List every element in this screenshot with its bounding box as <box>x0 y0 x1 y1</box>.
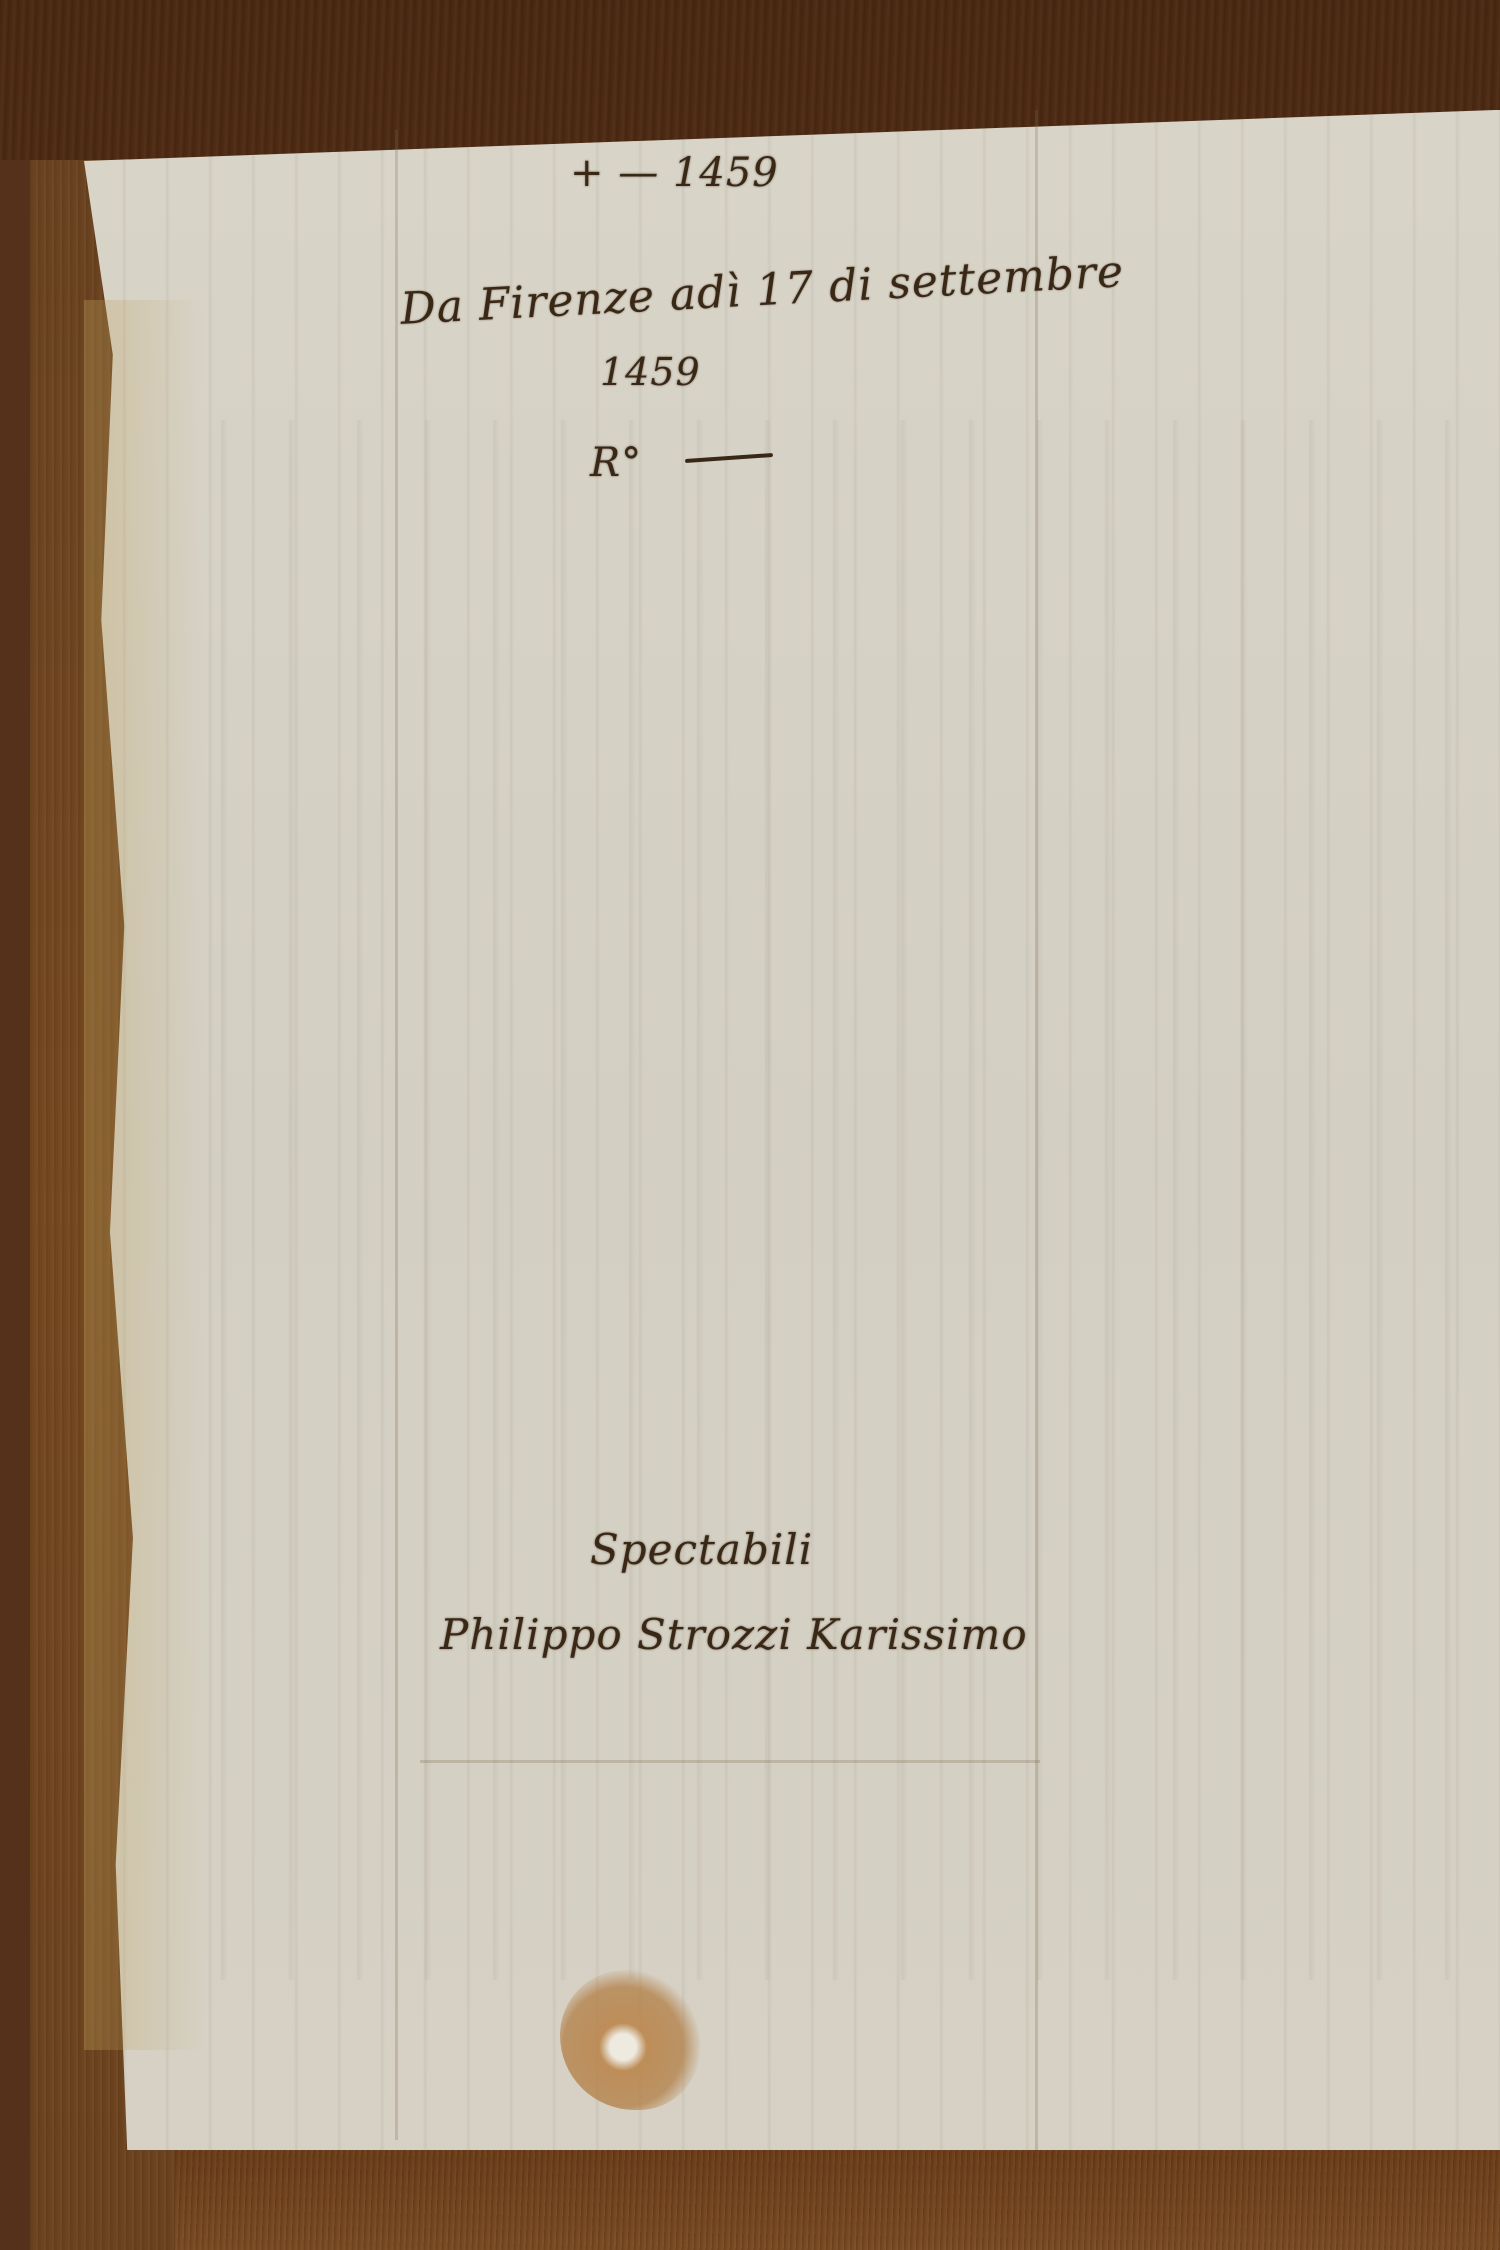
fold-crease <box>395 130 398 2140</box>
fold-crease <box>1035 110 1038 2150</box>
endorsement-line-2: Philippo Strozzi Karissimo <box>440 1610 1028 1659</box>
bleed-through-text <box>160 420 1490 1980</box>
year-annotation: + — 1459 <box>570 150 779 196</box>
address-line-2: 1459 <box>600 350 701 394</box>
endorsement-line-1: Spectabili <box>590 1525 813 1574</box>
registry-mark: R° <box>590 440 642 486</box>
wooden-surface-bottom <box>175 2145 1500 2250</box>
fold-crease-horizontal <box>420 1760 1040 1763</box>
